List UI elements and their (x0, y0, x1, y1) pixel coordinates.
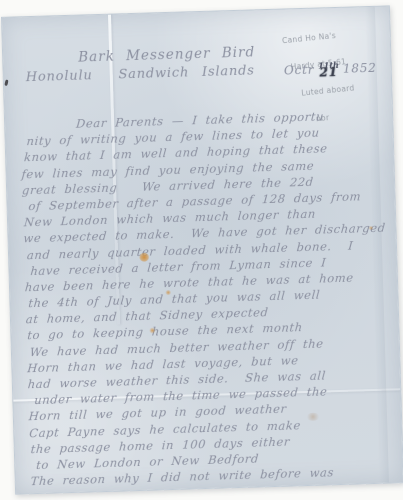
paper-speck (4, 79, 8, 86)
date-month: Octr (284, 63, 315, 78)
date-day-original: 21 (319, 68, 338, 77)
pencil-annotation-line: Luted aboard (287, 80, 393, 99)
letter-photo: Cand Ho Na's Hardy at 5-61 Luted aboard … (0, 0, 403, 500)
letter-dateline: Octr 11th 21 1852 (284, 60, 377, 78)
letter-sheet: Cand Ho Na's Hardy at 5-61 Luted aboard … (1, 5, 403, 494)
date-year: 1852 (343, 61, 377, 76)
letter-body: Dear Parents — I take this opportu nity … (19, 108, 391, 491)
letter-heading-location: Honolulu Sandwich Islands (26, 63, 255, 85)
date-day: 11th 21 (318, 61, 339, 77)
